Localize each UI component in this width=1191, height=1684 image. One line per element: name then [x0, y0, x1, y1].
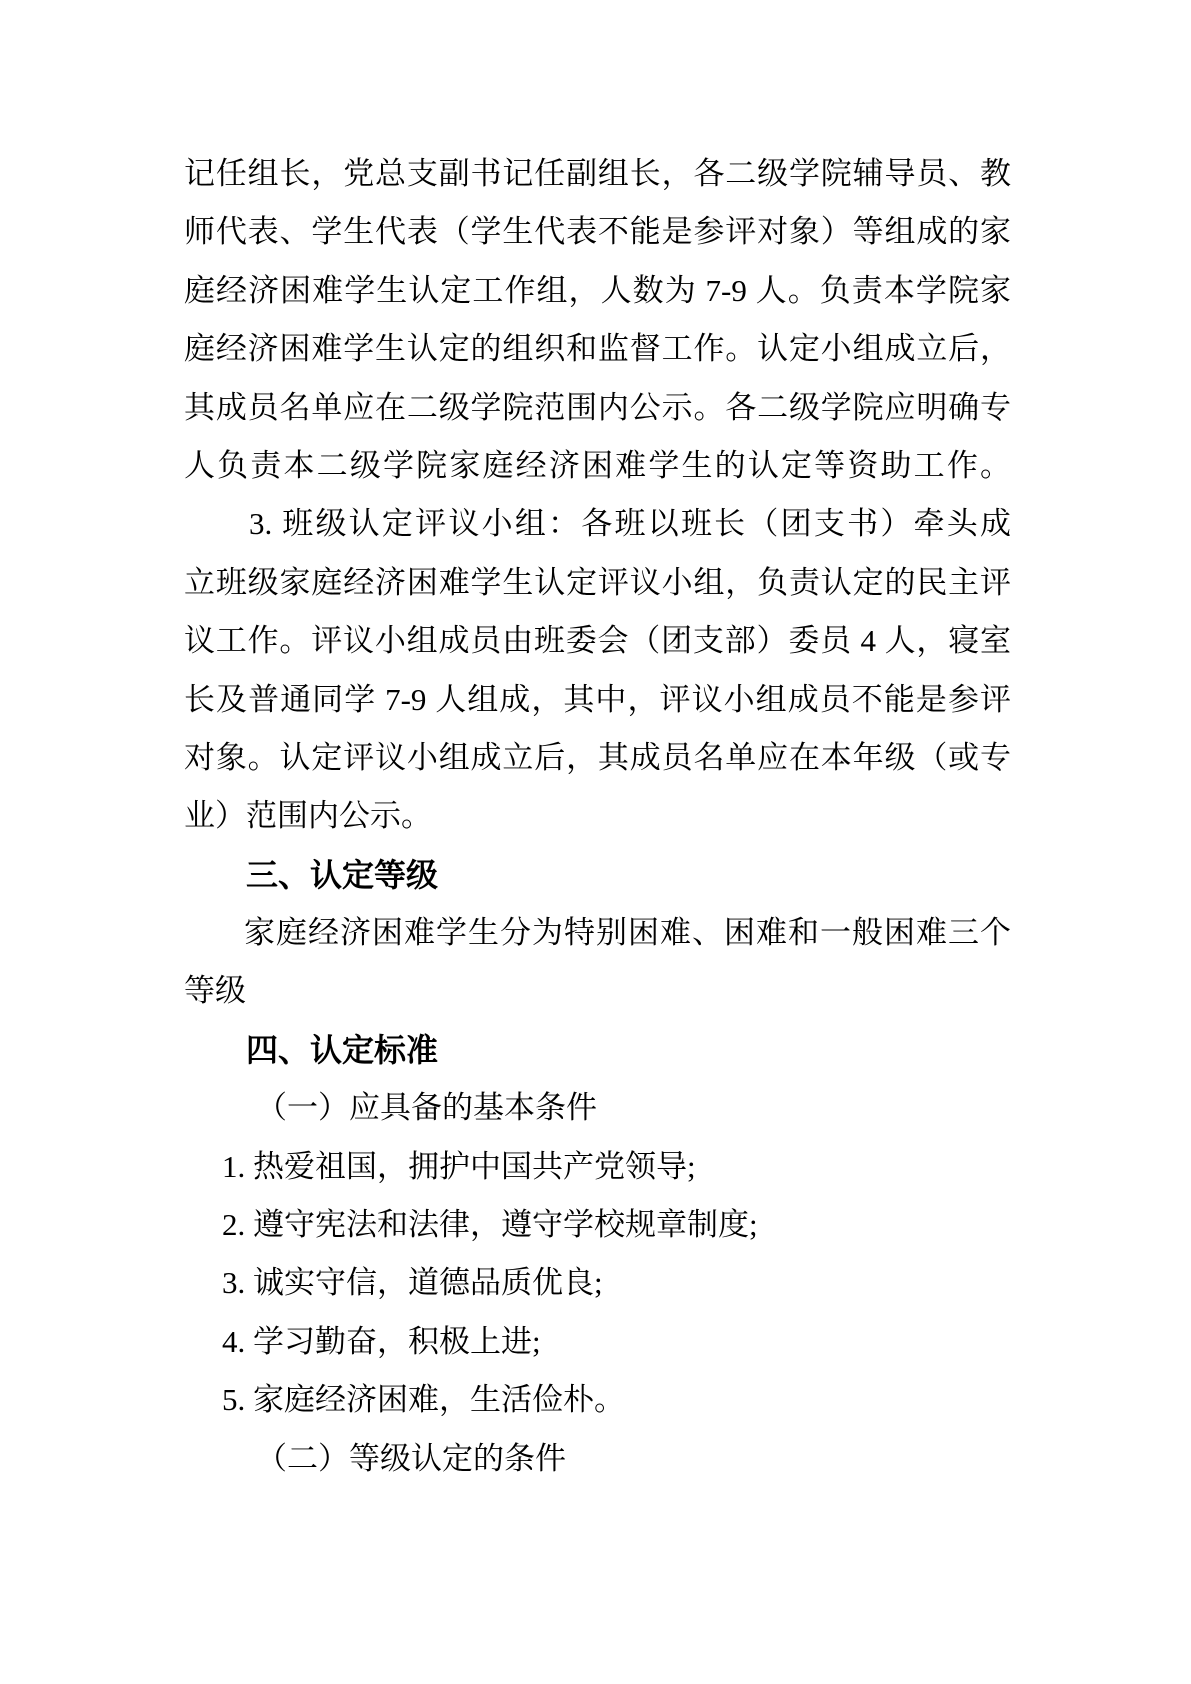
intro-paragraph-line: 人负责本二级学院家庭经济困难学生的认定等资助工作。	[184, 437, 1011, 495]
class-review-paragraph-line: 3. 班级认定评议小组：各班以班长（团支书）牵头成	[184, 495, 1011, 553]
subsection-one-heading: （一）应具备的基本条件	[184, 1079, 1011, 1137]
intro-paragraph-line: 其成员名单应在二级学院范围内公示。各二级学院应明确专	[184, 379, 1011, 437]
text-block: 记任组长，党总支副书记任副组长，各二级学院辅导员、教 师代表、学生代表（学生代表…	[184, 145, 1011, 1488]
class-review-paragraph-line: 对象。认定评议小组成立后，其成员名单应在本年级（或专	[184, 729, 1011, 787]
class-review-paragraph-line: 长及普通同学 7-9 人组成，其中，评议小组成员不能是参评	[184, 671, 1011, 729]
intro-paragraph-line: 庭经济困难学生认定的组织和监督工作。认定小组成立后，	[184, 320, 1011, 378]
levels-paragraph-line: 家庭经济困难学生分为特别困难、困难和一般困难三个	[184, 904, 1011, 962]
section-four-heading: 四、认定标准	[184, 1021, 1011, 1079]
class-review-paragraph-line: 业）范围内公示。	[184, 787, 1011, 845]
basic-condition-item: 4. 学习勤奋，积极上进;	[184, 1313, 1011, 1371]
intro-paragraph-line: 师代表、学生代表（学生代表不能是参评对象）等组成的家	[184, 203, 1011, 261]
basic-condition-item: 5. 家庭经济困难，生活俭朴。	[184, 1371, 1011, 1429]
basic-condition-item: 1. 热爱祖国，拥护中国共产党领导;	[184, 1138, 1011, 1196]
document-page: 记任组长，党总支副书记任副组长，各二级学院辅导员、教 师代表、学生代表（学生代表…	[0, 0, 1191, 1684]
levels-paragraph-line: 等级	[184, 962, 1011, 1020]
basic-condition-item: 3. 诚实守信，道德品质优良;	[184, 1254, 1011, 1312]
intro-paragraph-line: 记任组长，党总支副书记任副组长，各二级学院辅导员、教	[184, 145, 1011, 203]
class-review-paragraph-line: 立班级家庭经济困难学生认定评议小组，负责认定的民主评	[184, 554, 1011, 612]
basic-condition-item: 2. 遵守宪法和法律，遵守学校规章制度;	[184, 1196, 1011, 1254]
class-review-paragraph-line: 议工作。评议小组成员由班委会（团支部）委员 4 人，寝室	[184, 612, 1011, 670]
intro-paragraph-line: 庭经济困难学生认定工作组，人数为 7-9 人。负责本学院家	[184, 262, 1011, 320]
subsection-two-heading: （二）等级认定的条件	[184, 1430, 1011, 1488]
section-three-heading: 三、认定等级	[184, 846, 1011, 904]
